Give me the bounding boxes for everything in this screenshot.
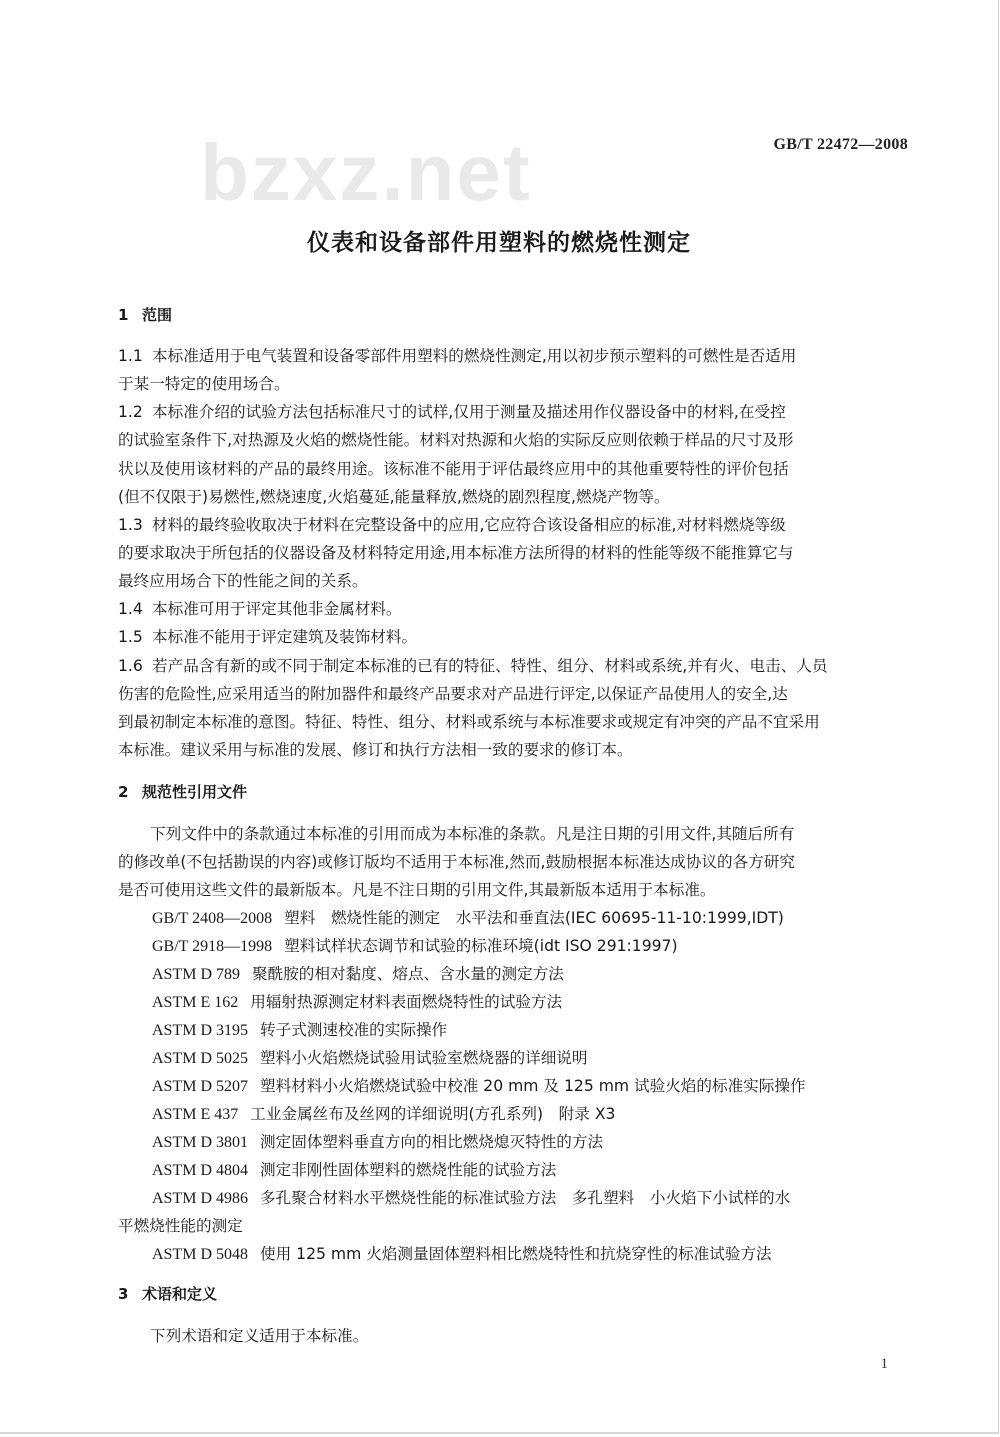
clause-text: 最终应用场合下的性能之间的关系。	[118, 572, 368, 590]
section-2-heading: 2规范性引用文件	[118, 782, 247, 802]
reference-item-cont: 平燃烧性能的测定	[118, 1216, 243, 1236]
reference-code: ASTM D 4804	[152, 1161, 248, 1181]
clause-text: 状以及使用该材料的产品的最终用途。该标准不能用于评估最终应用中的其他重要特性的评…	[118, 460, 789, 478]
section-2-intro-cont: 的修改单(不包括勘误的内容)或修订版均不适用于本标准,然而,鼓励根据本标准达成协…	[118, 852, 795, 872]
reference-title: 使用 125 mm 火焰测量固体塑料相比燃烧特性和抗烧穿性的标准试验方法	[260, 1245, 772, 1263]
section-2-intro: 下列文件中的条款通过本标准的引用而成为本标准的条款。凡是注日期的引用文件,其随后…	[150, 824, 794, 844]
clause-text: 于某一特定的使用场合。	[118, 375, 290, 393]
document-title: 仪表和设备部件用塑料的燃烧性测定	[0, 224, 998, 257]
reference-title: 用辐射热源测定材料表面燃烧特性的试验方法	[250, 993, 562, 1011]
paragraph-text: 是否可使用这些文件的最新版本。凡是不注日期的引用文件,其最新版本适用于本标准。	[118, 881, 716, 899]
clause-1-1: 1.1本标准适用于电气装置和设备零部件用塑料的燃烧性测定,用以初步预示塑料的可燃…	[118, 346, 796, 366]
reference-title: 塑料小火焰燃烧试验用试验室燃烧器的详细说明	[260, 1049, 587, 1067]
clause-text: 到最初制定本标准的意图。特征、特性、组分、材料或系统与本标准要求或规定有冲突的产…	[118, 713, 820, 731]
clause-number: 1.3	[118, 515, 152, 535]
reference-title: 测定固体塑料垂直方向的相比燃烧熄灭特性的方法	[260, 1133, 603, 1151]
reference-code: ASTM E 162	[152, 993, 238, 1013]
section-number: 3	[118, 1284, 142, 1304]
reference-code: GB/T 2408—2008	[152, 909, 272, 929]
reference-title: 平燃烧性能的测定	[118, 1217, 243, 1235]
reference-title: 转子式测速校准的实际操作	[260, 1021, 447, 1039]
standard-code: GB/T 22472—2008	[774, 136, 908, 154]
section-3-intro: 下列术语和定义适用于本标准。	[150, 1326, 368, 1346]
section-1-heading: 1范围	[118, 305, 172, 325]
clause-text: 伤害的危险性,应采用适当的附加器件和最终产品要求对产品进行评定,以保证产品使用人…	[118, 685, 788, 703]
clause-text: 的要求取决于所包括的仪器设备及材料特定用途,用本标准方法所得的材料的性能等级不能…	[118, 544, 794, 562]
reference-item: ASTM E 162用辐射热源测定材料表面燃烧特性的试验方法	[152, 992, 562, 1013]
clause-number: 1.5	[118, 627, 152, 647]
reference-item: ASTM D 3801测定固体塑料垂直方向的相比燃烧熄灭特性的方法	[152, 1132, 603, 1153]
reference-item: GB/T 2918—1998塑料试样状态调节和试验的标准环境(idt ISO 2…	[152, 936, 678, 957]
reference-item: ASTM D 4986多孔聚合材料水平燃烧性能的标准试验方法 多孔塑料 小火焰下…	[152, 1188, 790, 1209]
paragraph-text: 下列术语和定义适用于本标准。	[150, 1327, 368, 1345]
clause-1-1-cont: 于某一特定的使用场合。	[118, 374, 290, 394]
clause-1-2-cont: 状以及使用该材料的产品的最终用途。该标准不能用于评估最终应用中的其他重要特性的评…	[118, 459, 789, 479]
clause-text: 若产品含有新的或不同于制定本标准的已有的特征、特性、组分、材料或系统,并有火、电…	[152, 657, 828, 675]
reference-code: ASTM D 789	[152, 965, 240, 985]
clause-1-3-cont: 最终应用场合下的性能之间的关系。	[118, 571, 368, 591]
reference-item: ASTM D 5025塑料小火焰燃烧试验用试验室燃烧器的详细说明	[152, 1048, 588, 1069]
reference-code: ASTM D 4986	[152, 1189, 248, 1209]
clause-text: 本标准。建议采用与标准的发展、修订和执行方法相一致的要求的修订本。	[118, 741, 633, 759]
clause-number: 1.4	[118, 599, 152, 619]
paragraph-text: 的修改单(不包括勘误的内容)或修订版均不适用于本标准,然而,鼓励根据本标准达成协…	[118, 853, 795, 871]
reference-item: GB/T 2408—2008塑料 燃烧性能的测定 水平法和垂直法(IEC 606…	[152, 908, 784, 929]
clause-number: 1.2	[118, 402, 152, 422]
clause-text: 的试验室条件下,对热源及火焰的燃烧性能。材料对热源和火焰的实际反应则依赖于样品的…	[118, 431, 794, 449]
clause-1-4: 1.4本标准可用于评定其他非金属材料。	[118, 599, 402, 619]
reference-title: 塑料材料小火焰燃烧试验中校准 20 mm 及 125 mm 试验火焰的标准实际操…	[260, 1077, 806, 1095]
section-3-heading: 3术语和定义	[118, 1284, 217, 1304]
reference-item: ASTM E 437工业金属丝布及丝网的详细说明(方孔系列) 附录 X3	[152, 1104, 615, 1125]
section-2-intro-cont: 是否可使用这些文件的最新版本。凡是不注日期的引用文件,其最新版本适用于本标准。	[118, 880, 716, 900]
reference-item: ASTM D 3195转子式测速校准的实际操作	[152, 1020, 447, 1041]
reference-title: 塑料 燃烧性能的测定 水平法和垂直法(IEC 60695-11-10:1999,…	[284, 909, 784, 927]
clause-1-2: 1.2本标准介绍的试验方法包括标准尺寸的试样,仅用于测量及描述用作仪器设备中的材…	[118, 402, 786, 422]
paragraph-text: 下列文件中的条款通过本标准的引用而成为本标准的条款。凡是注日期的引用文件,其随后…	[150, 825, 794, 843]
section-title: 规范性引用文件	[142, 783, 247, 801]
clause-number: 1.1	[118, 346, 152, 366]
clause-text: 本标准不能用于评定建筑及装饰材料。	[152, 628, 417, 646]
clause-text: 本标准可用于评定其他非金属材料。	[152, 600, 402, 618]
reference-item: ASTM D 4804测定非刚性固体塑料的燃烧性能的试验方法	[152, 1160, 556, 1181]
section-number: 1	[118, 305, 142, 325]
clause-text: (但不仅限于)易燃性,燃烧速度,火焰蔓延,能量释放,燃烧的剧烈程度,燃烧产物等。	[118, 488, 670, 506]
clause-1-6-cont: 本标准。建议采用与标准的发展、修订和执行方法相一致的要求的修订本。	[118, 740, 633, 760]
reference-code: ASTM D 5025	[152, 1049, 248, 1069]
reference-code: ASTM D 3801	[152, 1133, 248, 1153]
clause-1-3: 1.3材料的最终验收取决于材料在完整设备中的应用,它应符合该设备相应的标准,对材…	[118, 515, 786, 535]
clause-1-3-cont: 的要求取决于所包括的仪器设备及材料特定用途,用本标准方法所得的材料的性能等级不能…	[118, 543, 794, 563]
reference-title: 多孔聚合材料水平燃烧性能的标准试验方法 多孔塑料 小火焰下小试样的水	[260, 1189, 790, 1207]
clause-1-6-cont: 伤害的危险性,应采用适当的附加器件和最终产品要求对产品进行评定,以保证产品使用人…	[118, 684, 788, 704]
reference-code: ASTM D 5207	[152, 1077, 248, 1097]
clause-text: 本标准介绍的试验方法包括标准尺寸的试样,仅用于测量及描述用作仪器设备中的材料,在…	[152, 403, 786, 421]
clause-text: 材料的最终验收取决于材料在完整设备中的应用,它应符合该设备相应的标准,对材料燃烧…	[152, 516, 786, 534]
reference-title: 工业金属丝布及丝网的详细说明(方孔系列) 附录 X3	[250, 1105, 615, 1123]
reference-title: 塑料试样状态调节和试验的标准环境(idt ISO 291:1997)	[284, 937, 677, 955]
page-number: 1	[881, 1356, 889, 1373]
reference-title: 测定非刚性固体塑料的燃烧性能的试验方法	[260, 1161, 556, 1179]
clause-1-5: 1.5本标准不能用于评定建筑及装饰材料。	[118, 627, 417, 647]
reference-item: ASTM D 5048使用 125 mm 火焰测量固体塑料相比燃烧特性和抗烧穿性…	[152, 1244, 772, 1265]
clause-1-2-cont: (但不仅限于)易燃性,燃烧速度,火焰蔓延,能量释放,燃烧的剧烈程度,燃烧产物等。	[118, 487, 670, 507]
section-title: 术语和定义	[142, 1285, 217, 1303]
clause-1-6-cont: 到最初制定本标准的意图。特征、特性、组分、材料或系统与本标准要求或规定有冲突的产…	[118, 712, 820, 732]
section-number: 2	[118, 782, 142, 802]
clause-text: 本标准适用于电气装置和设备零部件用塑料的燃烧性测定,用以初步预示塑料的可燃性是否…	[152, 347, 796, 365]
reference-title: 聚酰胺的相对黏度、熔点、含水量的测定方法	[252, 965, 564, 983]
reference-code: GB/T 2918—1998	[152, 937, 272, 957]
watermark: bzxz.net	[200, 133, 532, 213]
clause-1-2-cont: 的试验室条件下,对热源及火焰的燃烧性能。材料对热源和火焰的实际反应则依赖于样品的…	[118, 430, 794, 450]
reference-item: ASTM D 5207塑料材料小火焰燃烧试验中校准 20 mm 及 125 mm…	[152, 1076, 806, 1097]
reference-code: ASTM D 3195	[152, 1021, 248, 1041]
section-title: 范围	[142, 306, 172, 324]
reference-code: ASTM D 5048	[152, 1245, 248, 1265]
clause-number: 1.6	[118, 656, 152, 676]
clause-1-6: 1.6若产品含有新的或不同于制定本标准的已有的特征、特性、组分、材料或系统,并有…	[118, 656, 828, 676]
reference-item: ASTM D 789聚酰胺的相对黏度、熔点、含水量的测定方法	[152, 964, 564, 985]
document-page: bzxz.net GB/T 22472—2008 仪表和设备部件用塑料的燃烧性测…	[0, 0, 999, 1434]
reference-code: ASTM E 437	[152, 1105, 238, 1125]
